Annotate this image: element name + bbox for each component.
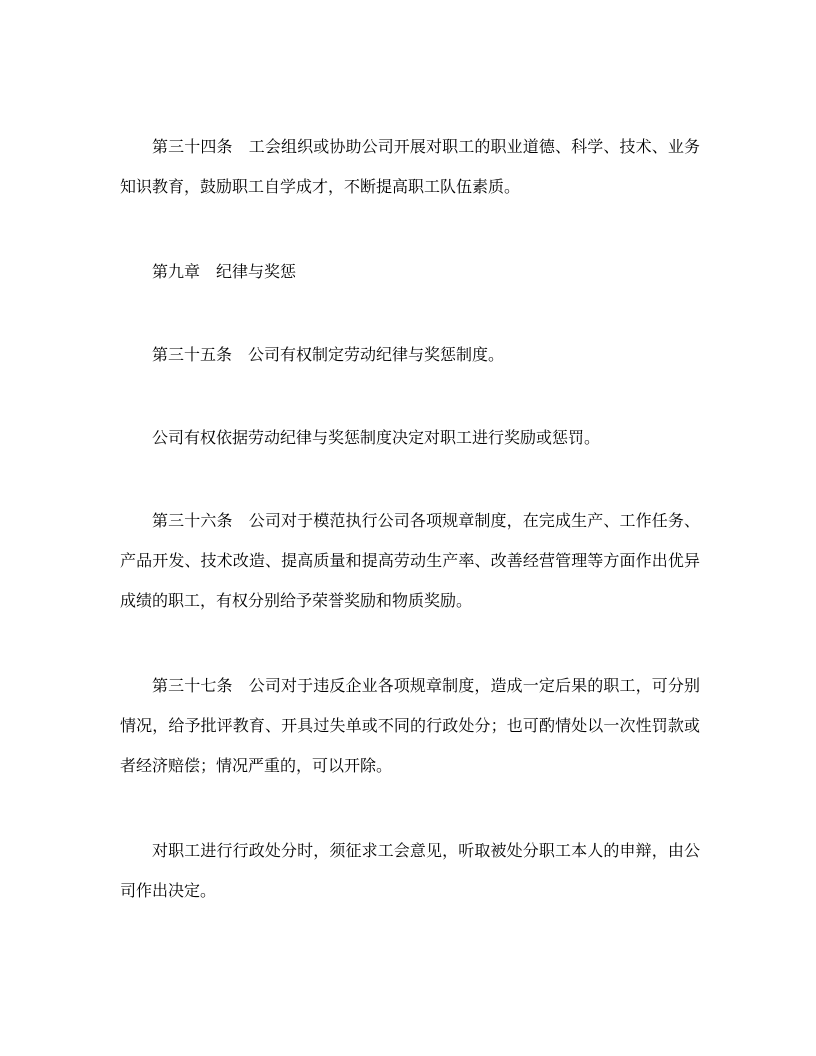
article-35-para-2: 公司有权依据劳动纪律与奖惩制度决定对职工进行奖励或惩罚。 xyxy=(120,418,700,458)
paragraph-text: 公司有权依据劳动纪律与奖惩制度决定对职工进行奖励或惩罚。 xyxy=(152,428,600,447)
article-label: 第三十六条 xyxy=(152,511,233,530)
article-35: 第三十五条公司有权制定劳动纪律与奖惩制度。 xyxy=(120,335,700,375)
article-label: 第三十五条 xyxy=(152,345,232,364)
article-36: 第三十六条公司对于模范执行公司各项规章制度，在完成生产、工作任务、产品开发、技术… xyxy=(120,501,700,621)
article-label: 第三十七条 xyxy=(152,676,233,695)
article-text: 公司有权制定劳动纪律与奖惩制度。 xyxy=(248,345,504,364)
article-34: 第三十四条工会组织或协助公司开展对职工的职业道德、科学、技术、业务知识教育，鼓励… xyxy=(120,127,700,207)
chapter-title: 纪律与奖惩 xyxy=(216,262,296,281)
article-37-para-2: 对职工进行行政处分时，须征求工会意见，听取被处分职工本人的申辩，由公司作出决定。 xyxy=(120,831,700,911)
chapter-9-heading: 第九章纪律与奖惩 xyxy=(120,252,700,292)
article-label: 第三十四条 xyxy=(152,137,233,156)
paragraph-text: 对职工进行行政处分时，须征求工会意见，听取被处分职工本人的申辩，由公司作出决定。 xyxy=(120,841,700,900)
chapter-label: 第九章 xyxy=(152,262,200,281)
article-37: 第三十七条公司对于违反企业各项规章制度，造成一定后果的职工，可分别情况，给予批评… xyxy=(120,666,700,786)
